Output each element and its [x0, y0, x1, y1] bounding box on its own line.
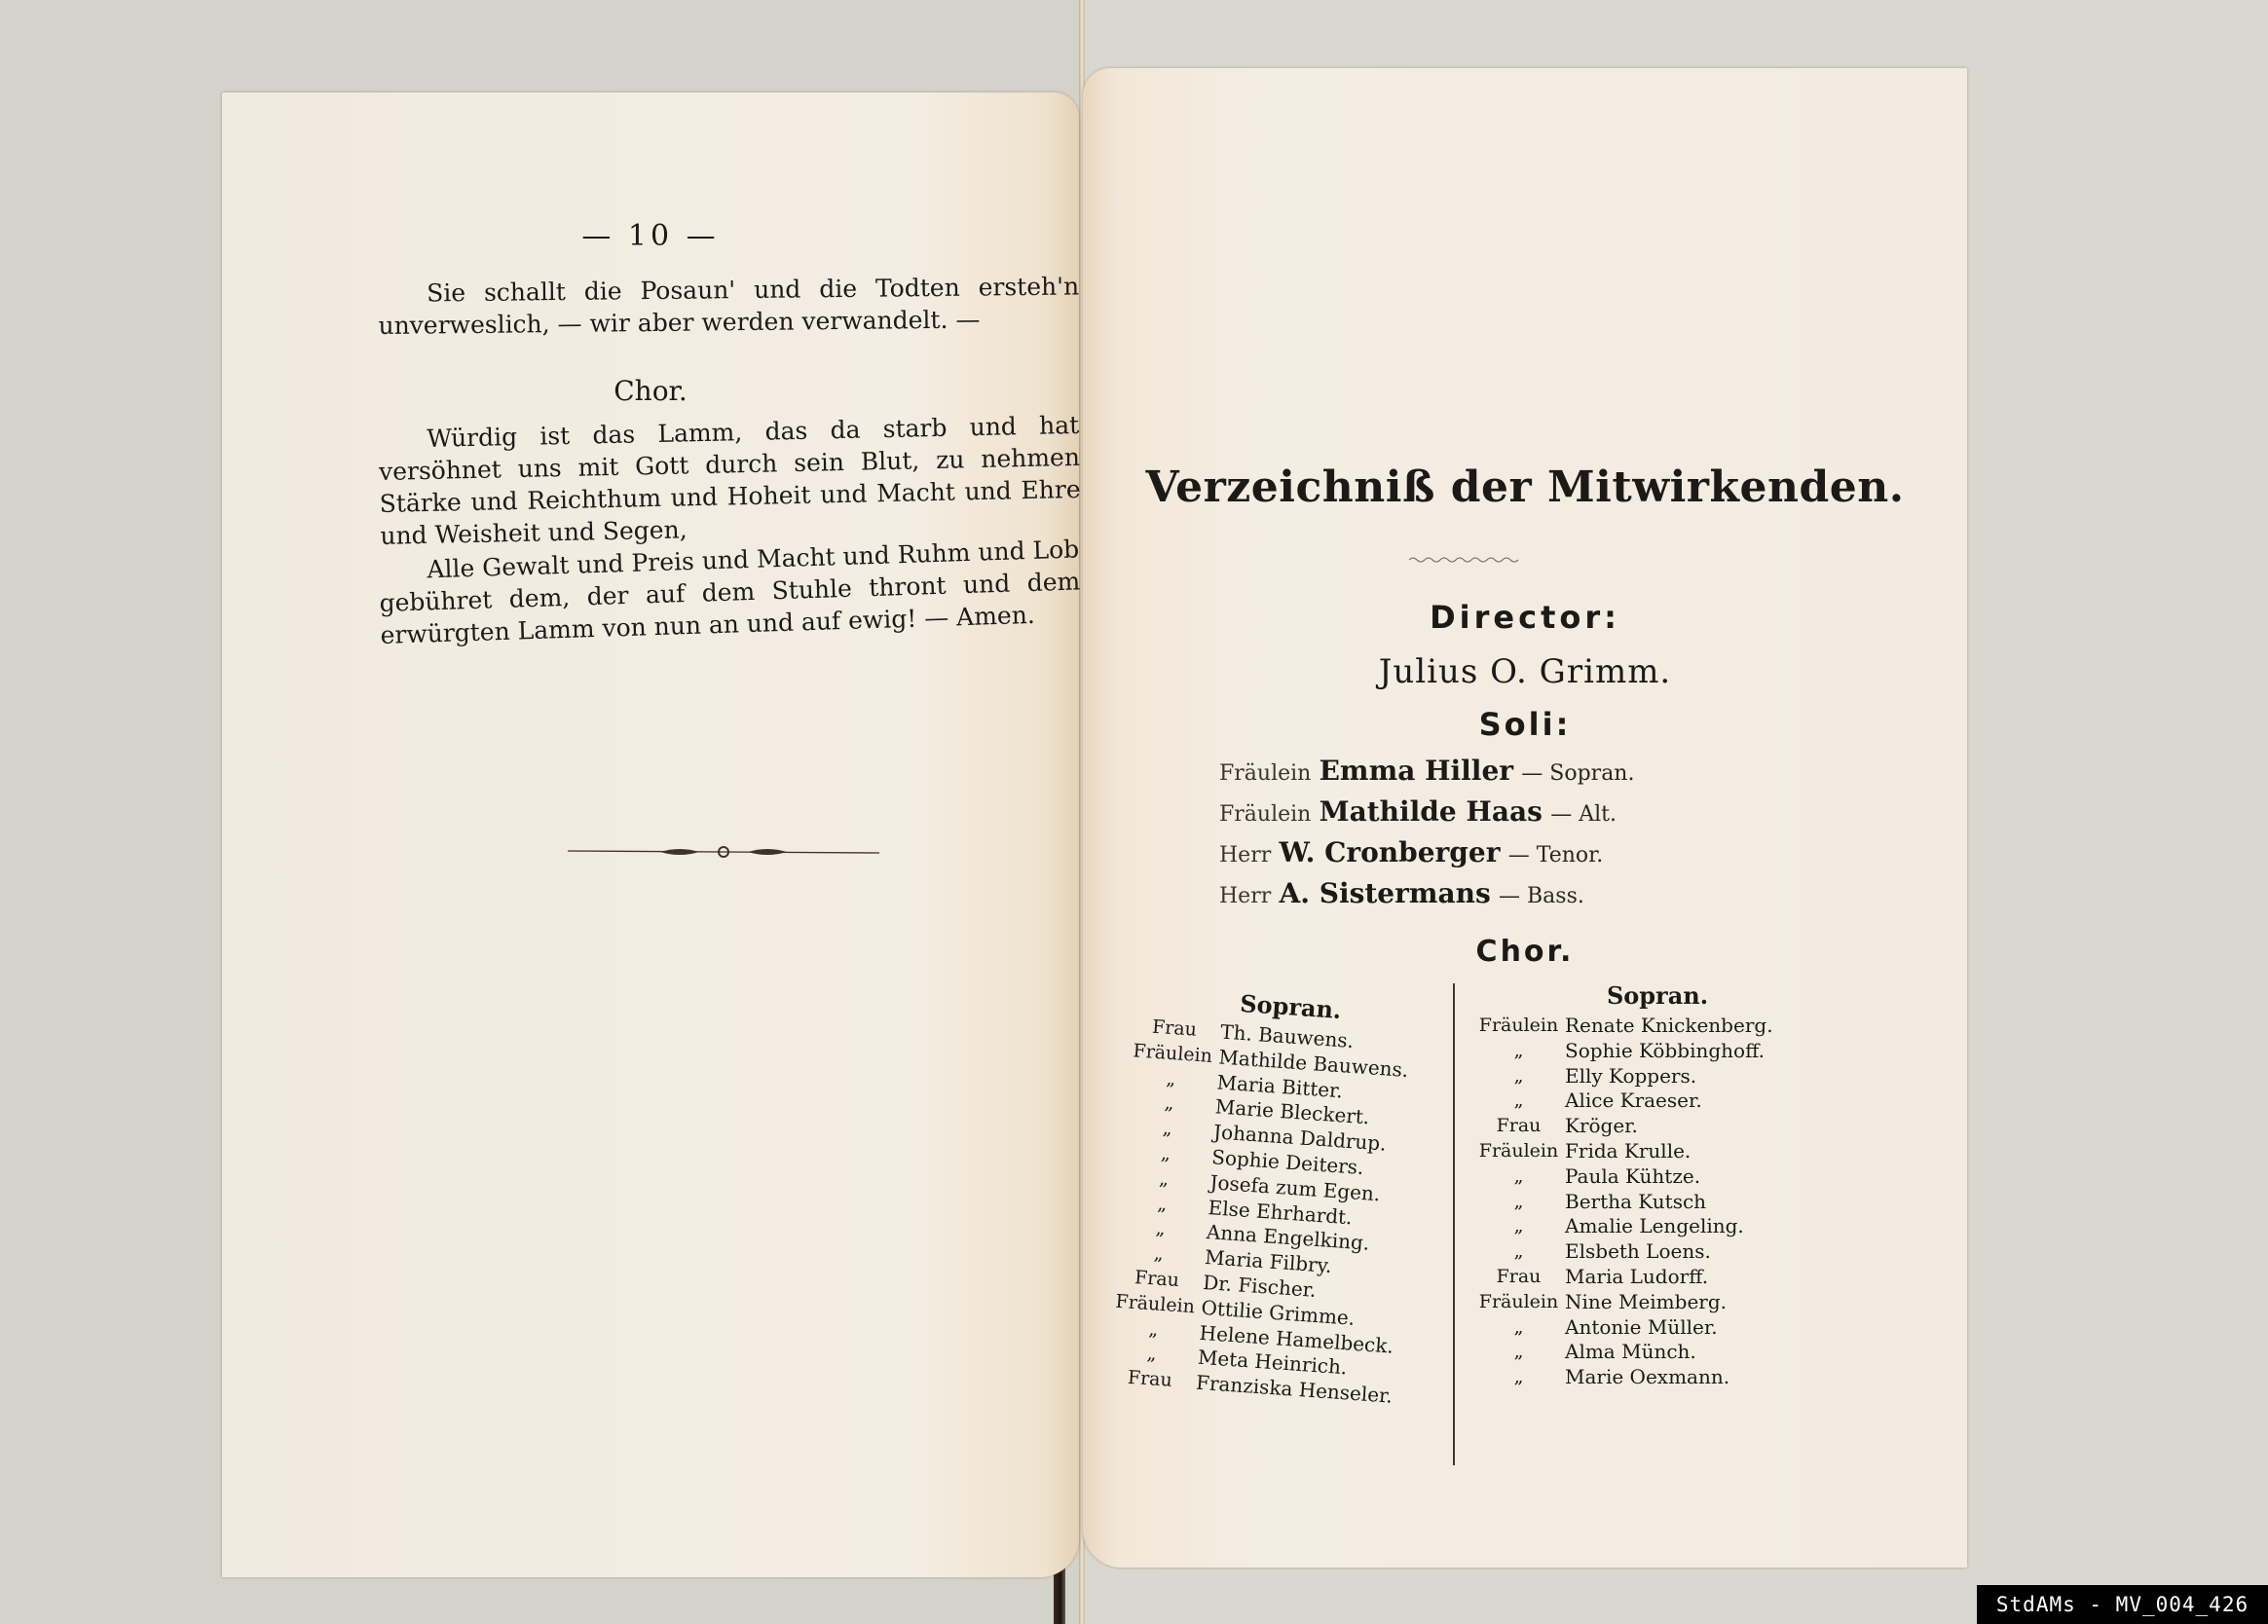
member-name: Bertha Kutsch [1565, 1190, 1842, 1215]
member-title: „ [1472, 1239, 1565, 1265]
choir-member: „Antonie Müller. [1472, 1315, 1842, 1341]
member-title: „ [1472, 1164, 1565, 1190]
member-title: „ [1472, 1365, 1565, 1390]
member-name: Marie Oexmann. [1565, 1365, 1842, 1390]
member-title: „ [1472, 1039, 1565, 1064]
choir-member: FräuleinFrida Krulle. [1472, 1139, 1842, 1164]
choir-column-left: Sopran. FrauTh. Bauwens. FräuleinMathild… [1102, 978, 1452, 1412]
member-title: „ [1472, 1315, 1565, 1341]
page-title: Verzeichniß der Mitwirkenden. [1083, 462, 1967, 512]
soloist-name: Mathilde Haas [1320, 795, 1543, 828]
member-name: Paula Kühtze. [1565, 1164, 1842, 1190]
chor-label: Chor. [1083, 935, 1967, 969]
choir-member: „Bertha Kutsch [1472, 1190, 1842, 1215]
member-name: Amalie Lengeling. [1565, 1214, 1842, 1239]
member-title: Fräulein [1472, 1290, 1565, 1315]
choir-member: „Alice Kraeser. [1472, 1089, 1842, 1114]
choir-member: FrauKröger. [1472, 1114, 1842, 1139]
soloist-voice: — Sopran. [1521, 761, 1634, 786]
choir-member: FräuleinRenate Knickenberg. [1472, 1014, 1842, 1039]
member-name: Elly Koppers. [1565, 1064, 1842, 1089]
member-name: Alice Kraeser. [1565, 1089, 1842, 1114]
soloist-row: Herr W. Cronberger — Tenor. [1219, 836, 1803, 877]
choir-member: „Elsbeth Loens. [1472, 1239, 1842, 1265]
section-heading-chor: Chor. [222, 375, 1079, 407]
member-title: Fräulein [1472, 1014, 1565, 1039]
soloist-voice: — Alt. [1550, 802, 1617, 827]
page-number: — 10 — [222, 219, 1079, 253]
choir-member: „Sophie Köbbinghoff. [1472, 1039, 1842, 1064]
ornamental-divider-icon [568, 842, 879, 862]
soloist-row: Herr A. Sistermans — Bass. [1219, 877, 1803, 918]
choir-member: „Paula Kühtze. [1472, 1164, 1842, 1190]
member-title: Frau [1472, 1114, 1565, 1139]
soloist-title: Herr [1219, 884, 1271, 908]
member-title: Fräulein [1472, 1139, 1565, 1164]
soli-list: Fräulein Emma Hiller — Sopran. Fräulein … [1219, 755, 1803, 918]
soloist-name: A. Sistermans [1280, 877, 1491, 909]
member-name: Renate Knickenberg. [1565, 1014, 1842, 1039]
voice-heading: Sopran. [1472, 978, 1842, 1014]
member-title: Frau [1472, 1265, 1565, 1290]
choir-member: „Elly Koppers. [1472, 1064, 1842, 1089]
column-divider [1453, 983, 1455, 1465]
member-title: „ [1472, 1214, 1565, 1239]
member-name: Nine Meimberg. [1565, 1290, 1842, 1315]
choir-column-right: Sopran. FräuleinRenate Knickenberg. „Sop… [1472, 978, 1842, 1390]
member-name: Alma Münch. [1565, 1340, 1842, 1365]
member-title: Frau [1102, 1364, 1197, 1395]
soloist-voice: — Bass. [1499, 884, 1584, 908]
archive-watermark: StdAMs - MV_004_426 [1977, 1585, 2268, 1624]
choir-member: „Amalie Lengeling. [1472, 1214, 1842, 1239]
member-name: Antonie Müller. [1565, 1315, 1842, 1341]
soloist-name: W. Cronberger [1280, 836, 1501, 868]
member-name: Sophie Köbbinghoff. [1565, 1039, 1842, 1064]
soloist-title: Fräulein [1219, 761, 1311, 786]
soloist-title: Herr [1219, 843, 1271, 867]
left-page: — 10 — Sie schallt die Posaun' und die T… [222, 92, 1079, 1577]
chorus-paragraph-1: Würdig ist das Lamm, das da starb und ha… [378, 409, 1082, 552]
right-page: Verzeichniß der Mitwirkenden. Director: … [1083, 68, 1967, 1568]
verse-paragraph: Sie schallt die Posaun' und die Todten e… [378, 270, 1080, 342]
soloist-row: Fräulein Mathilde Haas — Alt. [1219, 795, 1803, 836]
choir-member: FräuleinNine Meimberg. [1472, 1290, 1842, 1315]
chorus-paragraph-2: Alle Gewalt und Preis und Macht und Ruhm… [378, 533, 1082, 651]
member-title: „ [1472, 1089, 1565, 1114]
soloist-voice: — Tenor. [1508, 843, 1604, 867]
soloist-row: Fräulein Emma Hiller — Sopran. [1219, 755, 1803, 795]
member-title: „ [1472, 1340, 1565, 1365]
choir-member: FrauMaria Ludorff. [1472, 1265, 1842, 1290]
member-name: Kröger. [1565, 1114, 1842, 1139]
member-name: Maria Ludorff. [1565, 1265, 1842, 1290]
director-label: Director: [1083, 599, 1967, 636]
choir-member: „Marie Oexmann. [1472, 1365, 1842, 1390]
wave-divider-icon [1409, 555, 1521, 565]
director-name: Julius O. Grimm. [1083, 652, 1967, 691]
member-title: „ [1472, 1190, 1565, 1215]
soloist-title: Fräulein [1219, 802, 1311, 827]
choir-member: „Alma Münch. [1472, 1340, 1842, 1365]
member-title: „ [1472, 1064, 1565, 1089]
soloist-name: Emma Hiller [1320, 755, 1513, 787]
member-name: Frida Krulle. [1565, 1139, 1842, 1164]
member-name: Elsbeth Loens. [1565, 1239, 1842, 1265]
soli-label: Soli: [1083, 706, 1967, 743]
